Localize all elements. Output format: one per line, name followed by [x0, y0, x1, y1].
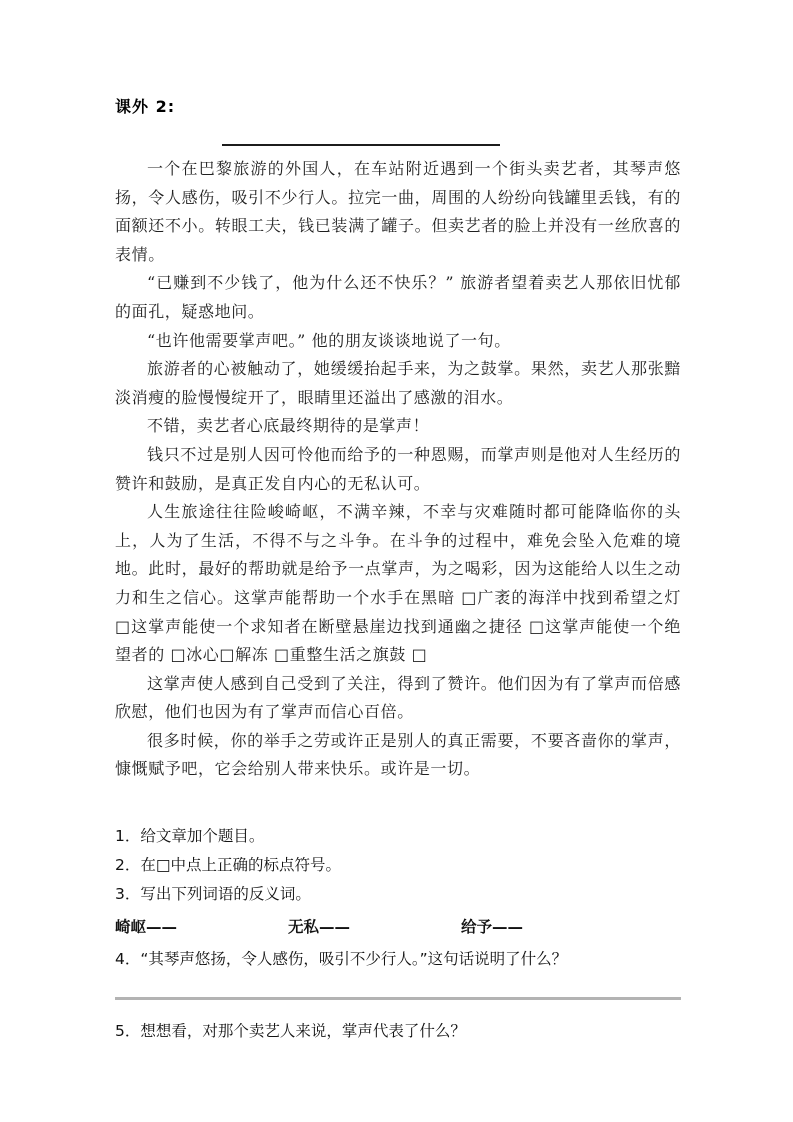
antonym-item-wusi: 无私—— [288, 913, 461, 942]
antonym-row: 崎岖—— 无私—— 给予—— [115, 913, 681, 942]
passage-paragraph-8: 这掌声使人感到自己受到了关注，得到了赞许。他们因为有了掌声而倍感欣慰，他们也因为… [115, 670, 681, 727]
passage-paragraph-4: 旅游者的心被触动了，她缓缓抬起手来，为之鼓掌。果然，卖艺人那张黯淡消瘦的脸慢慢绽… [115, 355, 681, 412]
passage-paragraph-5: 不错，卖艺者心底最终期待的是掌声！ [115, 412, 681, 441]
antonym-item-jiyu: 给予—— [461, 913, 634, 942]
passage-paragraph-2: “已赚到不少钱了，他为什么还不快乐？” 旅游者望着卖艺人那依旧忧郁的面孔，疑惑地… [115, 269, 681, 326]
question-2: 2．在□中点上正确的标点符号。 [115, 851, 681, 880]
worksheet-page: 课外 2: 一个在巴黎旅游的外国人，在车站附近遇到一个街头卖艺者，其琴声悠扬，令… [0, 0, 793, 1122]
passage: 一个在巴黎旅游的外国人，在车站附近遇到一个街头卖艺者，其琴声悠扬，令人感伤，吸引… [115, 155, 681, 784]
questions-section: 1．给文章加个题目。 2．在□中点上正确的标点符号。 3．写出下列词语的反义词。… [115, 822, 681, 1046]
question-3: 3．写出下列词语的反义词。 [115, 880, 681, 909]
passage-paragraph-3: “也许他需要掌声吧。” 他的朋友谈谈地说了一句。 [115, 327, 681, 356]
question-1: 1．给文章加个题目。 [115, 822, 681, 851]
passage-paragraph-1: 一个在巴黎旅游的外国人，在车站附近遇到一个街头卖艺者，其琴声悠扬，令人感伤，吸引… [115, 155, 681, 269]
passage-paragraph-6: 钱只不过是别人因可怜他而给予的一种恩赐，而掌声则是他对人生经历的赞许和鼓励，是真… [115, 441, 681, 498]
question-5: 5．想想看，对那个卖艺人来说，掌声代表了什么？ [115, 1017, 681, 1046]
passage-paragraph-9: 很多时候，你的举手之劳或许正是别人的真正需要，不要吝啬你的掌声，慷慨赋予吧，它会… [115, 727, 681, 784]
question-4: 4．“其琴声悠扬，令人感伤，吸引不少行人。”这句话说明了什么？ [115, 945, 681, 974]
section-label: 课外 2: [115, 94, 681, 117]
title-blank-line [222, 144, 500, 146]
answer-divider-line [115, 997, 681, 1000]
antonym-item-qiqu: 崎岖—— [115, 913, 288, 942]
passage-paragraph-7: 人生旅途往往险峻崎岖，不满辛辣，不幸与灾难随时都可能降临你的头上，人为了生活，不… [115, 498, 681, 670]
